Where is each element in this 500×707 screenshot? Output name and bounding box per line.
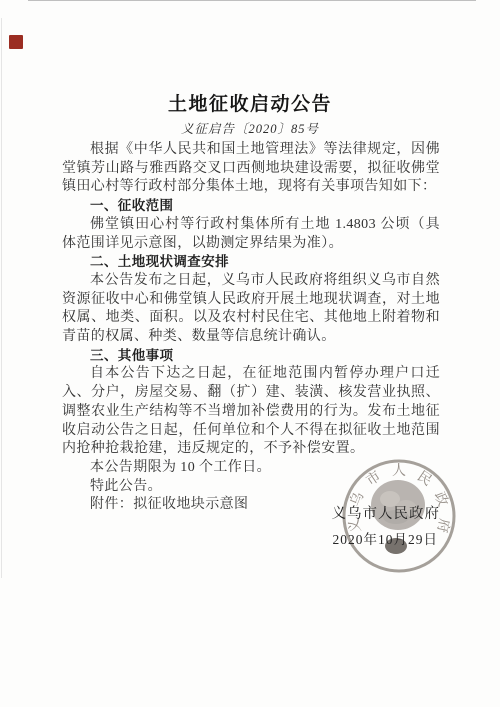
document-page: 土地征收启动公告 义征启告〔2020〕85号 根据《中华人民共和国土地管理法》等…: [0, 0, 500, 707]
section-heading-2: 二、土地现状调查安排: [62, 253, 440, 272]
scan-edge-line-top: [28, 0, 476, 1]
section-heading-3: 三、其他事项: [62, 347, 440, 366]
notice-paragraph: 本公告发布之日起，义乌市人民政府将组织义乌市自然资源征收中心和佛堂镇人民政府开展…: [62, 272, 440, 347]
issuer-signature: 义乌市人民政府: [332, 502, 441, 523]
notice-paragraph: 根据《中华人民共和国土地管理法》等法律规定，因佛堂镇芳山路与雅西路交叉口西侧地块…: [62, 141, 440, 197]
doc-number: 义征启告〔2020〕85号: [0, 119, 500, 137]
notice-paragraph: 佛堂镇田心村等行政村集体所有土地 1.4803 公顷（具体范围详见示意图，以勘测…: [62, 216, 440, 253]
section-heading-1: 一、征收范围: [62, 197, 440, 216]
red-corner-mark: [9, 35, 23, 49]
notice-paragraph: 自本公告下达之日起，在征地范围内暂停办理户口迁入、分户，房屋交易、翻（扩）建、装…: [62, 365, 440, 459]
issue-date: 2020年10月29日: [333, 528, 439, 548]
page-title: 土地征收启动公告: [0, 89, 500, 116]
